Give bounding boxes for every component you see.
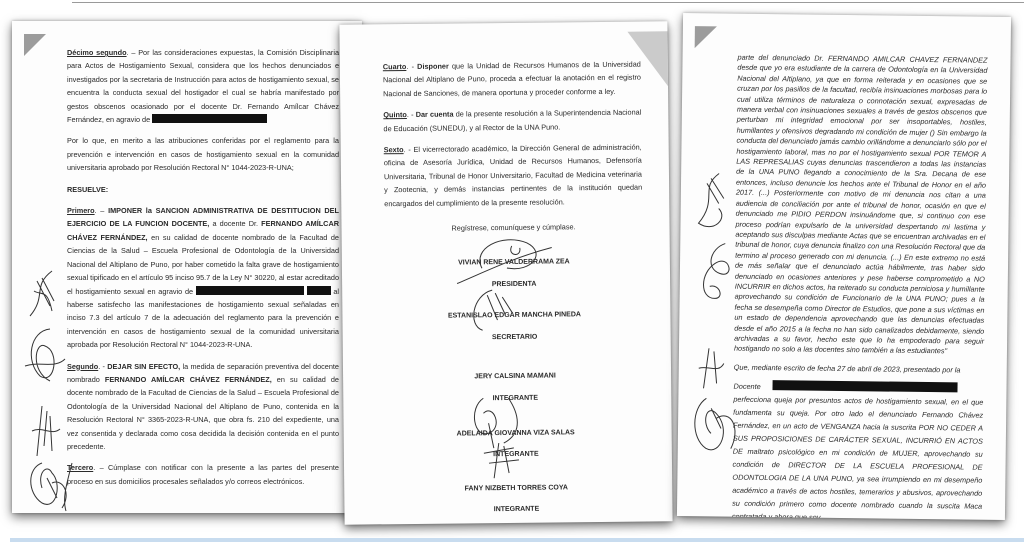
heading-decimo-segundo: Décimo segundo (67, 48, 127, 57)
heading-cuarto: Cuarto (383, 62, 407, 71)
document-page-1: Décimo segundo. – Por las consideracione… (12, 21, 362, 513)
paragraph-por-lo-que: Por lo que, en merito a las atribuciones… (67, 134, 339, 174)
document-page-3: parte del denunciado Dr. FERNANDO AMILCA… (677, 13, 1011, 520)
margin-signature-icon (686, 388, 747, 459)
heading-quinto: Quinto (383, 110, 407, 119)
redaction-bar (773, 380, 958, 392)
paragraph-continuation: perfecciona queja por presuntos actos de… (732, 392, 984, 520)
margin-signature-icon (688, 343, 729, 393)
redaction-bar (196, 286, 304, 295)
margin-signature-icon (22, 453, 82, 513)
signature-icon (474, 438, 524, 484)
heading-primero: Primero (67, 206, 95, 215)
quoted-testimony: parte del denunciado Dr. FERNANDO AMILCA… (734, 53, 988, 358)
signatory-role: INTEGRANTE (387, 502, 645, 518)
page-3-body: parte del denunciado Dr. FERNANDO AMILCA… (732, 53, 988, 520)
page-corner-mark (695, 26, 717, 48)
margin-signature-icon (688, 168, 734, 239)
paragraph-sexto: Sexto. - El vicerrectorado académico, la… (384, 141, 643, 211)
margin-signature-icon (22, 401, 67, 461)
paragraph-que-mediante: Que, mediante escrito de fecha 27 de abr… (734, 360, 984, 376)
signature-icon (452, 227, 563, 288)
margin-signature-icon (689, 238, 735, 309)
bottom-bar (10, 538, 1024, 542)
paragraph-tercero: Tercero. – Cúmplase con notificar con la… (67, 461, 339, 488)
page-1-body: Décimo segundo. – Por las consideracione… (67, 46, 339, 496)
redaction-bar (307, 286, 331, 295)
page-corner-mark (24, 34, 46, 56)
margin-signature-icon (22, 266, 62, 326)
paragraph-primero: Primero. – IMPONER la SANCION ADMINISTRA… (67, 204, 339, 351)
paragraph-quinto: Quinto. - Dar cuenta de la presente reso… (383, 106, 641, 136)
paragraph-decimo-segundo: Décimo segundo. – Por las consideracione… (67, 46, 339, 126)
top-divider-line (72, 2, 1024, 3)
signatory-name: JERY CALSINA MAMANI (386, 369, 644, 385)
heading-segundo: Segundo (67, 362, 98, 371)
paragraph-segundo: Segundo. - DEJAR SIN EFECTO, la medida d… (67, 360, 339, 454)
paragraph-cuarto: Cuarto. - Disponer que la Unidad de Recu… (383, 58, 641, 101)
signature-icon (457, 285, 528, 336)
margin-signature-icon (20, 321, 70, 391)
redaction-bar (152, 114, 267, 123)
signatory-block: FANY NIZBETH TORRES COYA INTEGRANTE (387, 480, 645, 518)
document-page-2: Cuarto. - Disponer que la Unidad de Recu… (339, 21, 672, 524)
heading-resuelve: RESUELVE: (67, 183, 339, 196)
heading-sexto: Sexto (384, 145, 404, 154)
